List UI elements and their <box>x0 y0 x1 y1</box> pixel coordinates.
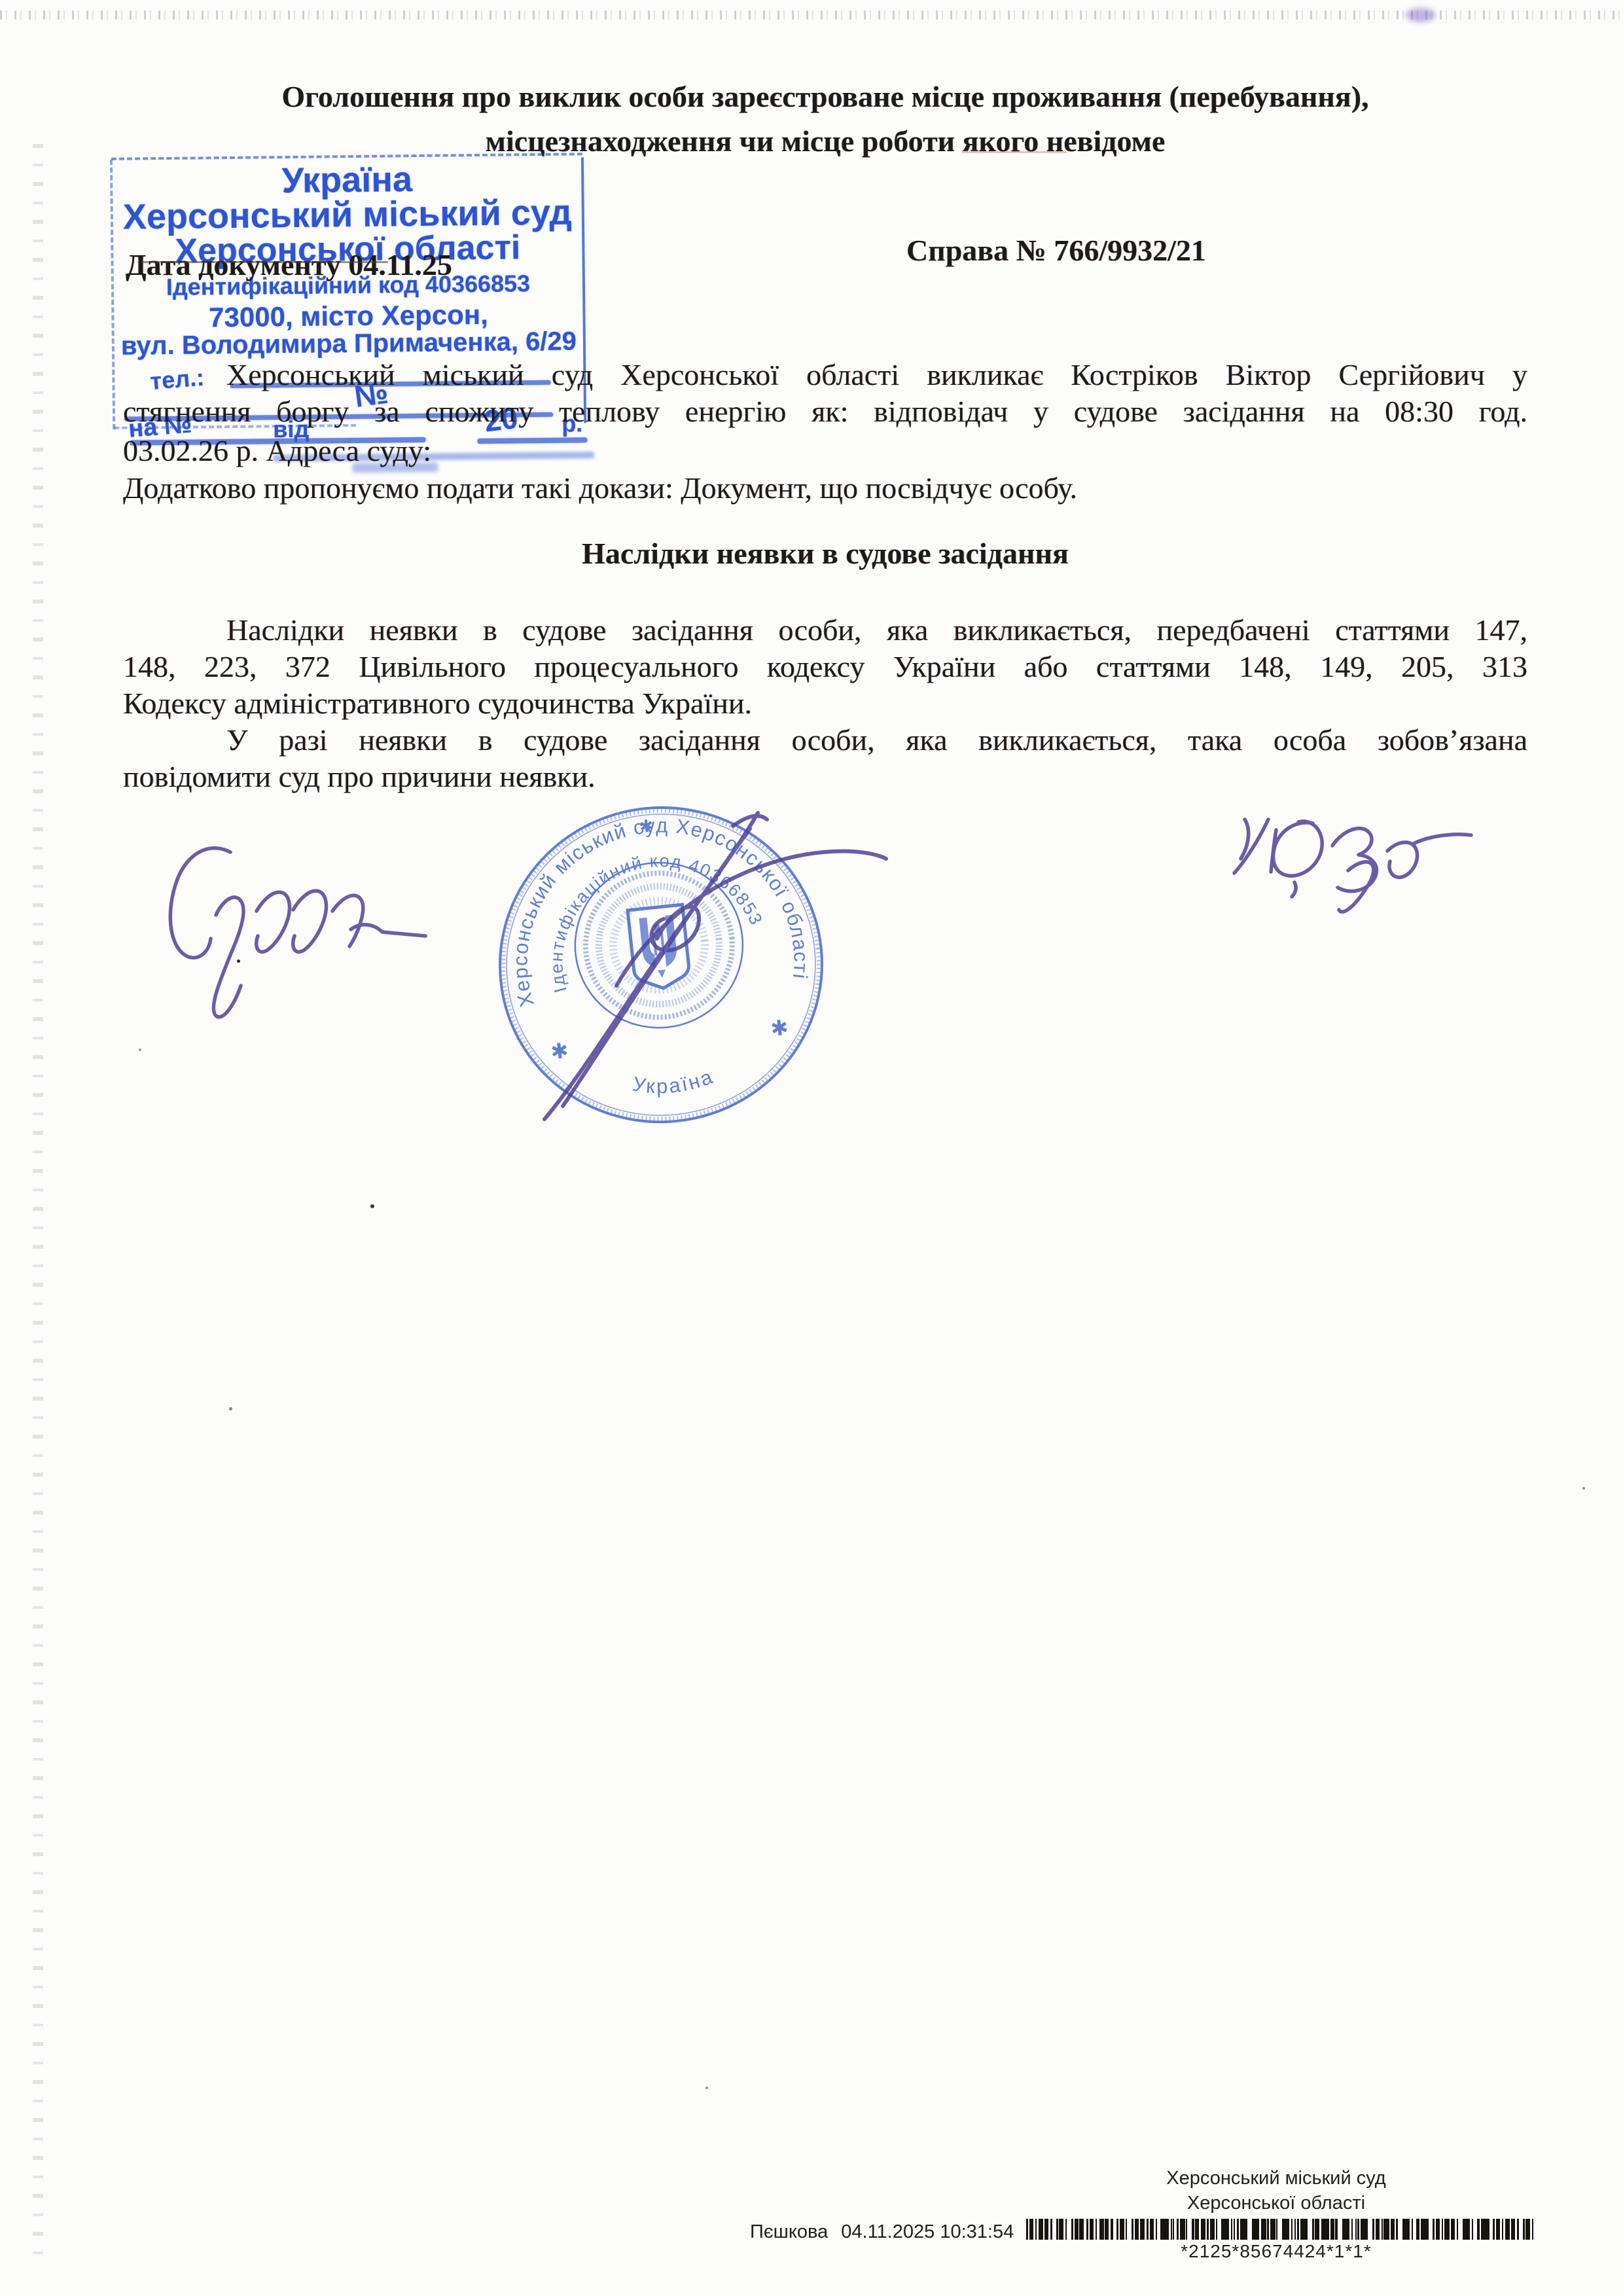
footer-datetime: 04.11.2025 10:31:54 <box>841 2221 1014 2242</box>
scan-artifact-line <box>141 261 388 263</box>
body-p1-line1: Херсонський міський суд Херсонської обла… <box>123 355 1527 395</box>
footer-court-line1: Херсонський міський суд <box>1047 2168 1505 2189</box>
footer-operator-line: Пєшкова04.11.2025 10:31:54 <box>750 2221 1014 2243</box>
seal-signature-handwriting <box>393 785 916 1152</box>
body-p3-line1: Наслідки неявки в судове засідання особи… <box>123 611 1527 650</box>
dust-speck <box>229 1407 232 1410</box>
body-p3-line2: 148, 223, 372 Цивільного процесуального … <box>123 647 1527 687</box>
dust-speck <box>139 1049 141 1051</box>
barcode <box>1026 2219 1534 2240</box>
body-p3-line3: Кодексу адміністративного судочинства Ук… <box>123 684 1527 723</box>
case-number-line: Справа № 766/9932/21 <box>906 233 1206 268</box>
scanned-court-document: Оголошення про виклик особи зареєстрован… <box>0 0 1623 2296</box>
dust-speck <box>1582 1487 1585 1490</box>
body-p2: Додатково пропонуємо подати такі докази:… <box>123 469 1527 508</box>
barcode-caption: *2125*85674424*1*1* <box>1047 2241 1505 2262</box>
section-heading: Наслідки неявки в судове засідання <box>123 534 1527 573</box>
footer-court-line2: Херсонської області <box>1047 2193 1505 2214</box>
dust-speck <box>237 960 240 963</box>
document-date-line: Дата документу 04.11.25 <box>126 247 452 282</box>
body-p4-line1: У разі неявки в судове засідання особи, … <box>123 721 1527 760</box>
footer-operator-name: Пєшкова <box>750 2221 828 2242</box>
name-signature-handwriting <box>1198 802 1499 946</box>
dust-speck <box>370 1204 374 1208</box>
body-p1-line3: 03.02.26 р. Адреса суду: <box>123 431 1527 471</box>
body-p1-line2: стягнення боргу за спожиту теплову енерг… <box>123 392 1527 431</box>
dust-speck <box>705 2087 708 2089</box>
